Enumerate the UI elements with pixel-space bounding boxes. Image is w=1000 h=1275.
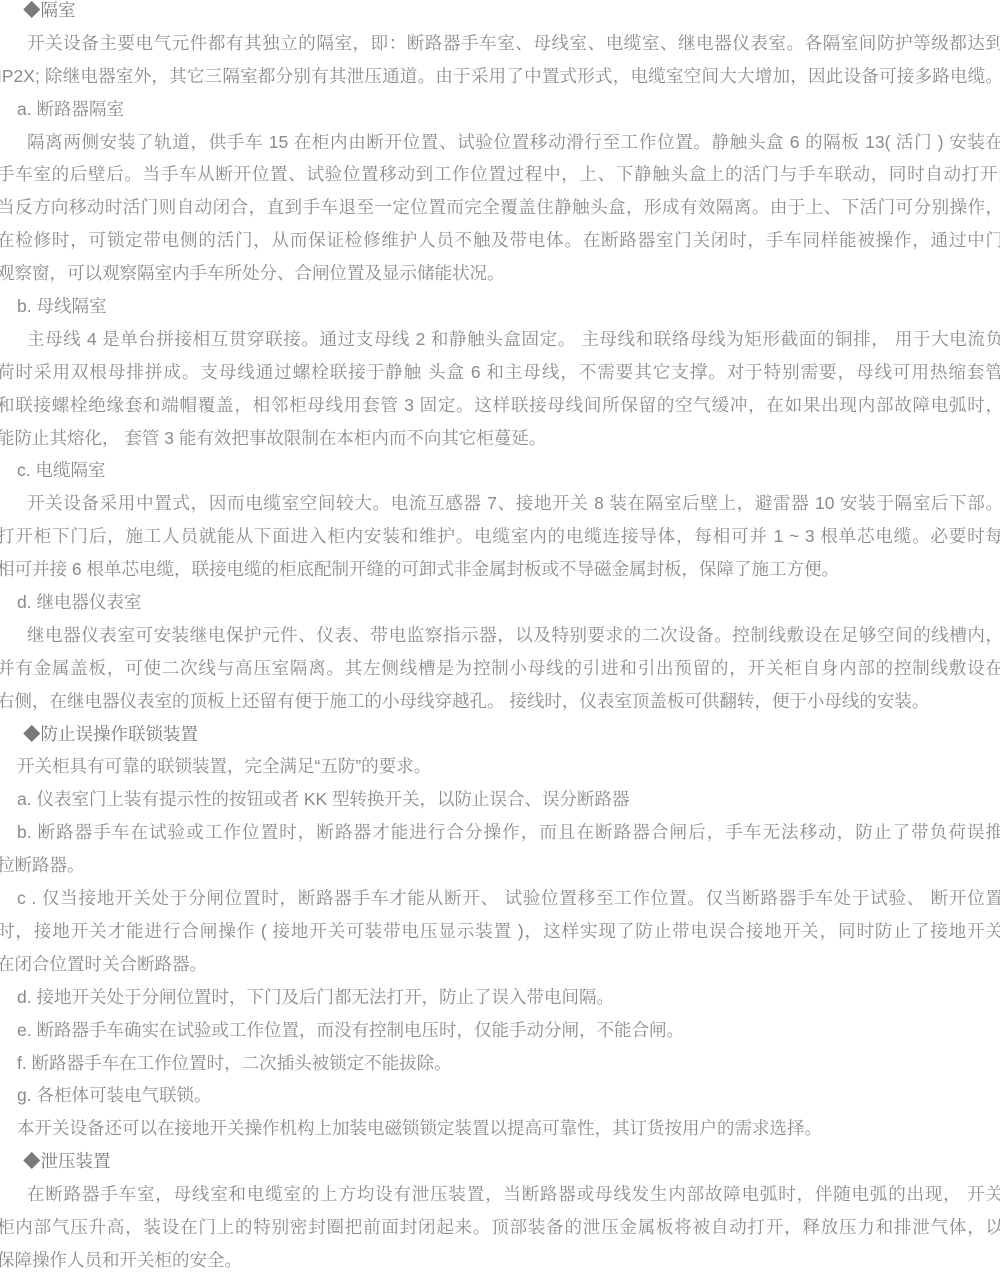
paragraph-line: 荷时采用双根母排拼成。支母线通过螺栓联接于静触 头盒 6 和主母线，不需要其它支… bbox=[0, 356, 1000, 389]
subsection-heading: b. 母线隔室 bbox=[0, 290, 1000, 323]
section-heading: ◆隔室 bbox=[0, 0, 1000, 27]
paragraph-line: 柜内部气压升高，装设在门上的特别密封圈把前面封闭起来。顶部装备的泄压金属板将被自… bbox=[0, 1211, 1000, 1244]
paragraph-line: 打开柜下门后，施工人员就能从下面进入柜内安装和维护。电缆室内的电缆连接导体，每相… bbox=[0, 520, 1000, 553]
paragraph-line: 能防止其熔化， 套管 3 能有效把事故限制在本柜内而不向其它柜蔓延。 bbox=[0, 422, 1000, 455]
paragraph-line: 开关设备采用中置式，因而电缆室空间较大。电流互感器 7、接地开关 8 装在隔室后… bbox=[0, 487, 1000, 520]
paragraph-line: 观察窗，可以观察隔室内手车所处分、合闸位置及显示储能状况。 bbox=[0, 257, 1000, 290]
paragraph-line: 时，接地开关才能进行合闸操作 ( 接地开关可装带电压显示装置 )，这样实现了防止… bbox=[0, 915, 1000, 948]
paragraph-line: 手车室的后壁后。当手车从断开位置、试验位置移动到工作位置过程中，上、下静触头盒上… bbox=[0, 158, 1000, 191]
paragraph-line: 右侧，在继电器仪表室的顶板上还留有便于施工的小母线穿越孔。 接线时，仪表室顶盖板… bbox=[0, 685, 1000, 718]
list-item: e. 断路器手车确实在试验或工作位置，而没有控制电压时，仅能手动分闸，不能合闸。 bbox=[0, 1014, 1000, 1047]
document-body: ◆隔室开关设备主要电气元件都有其独立的隔室，即：断路器手车室、母线室、电缆室、继… bbox=[0, 0, 1000, 1275]
paragraph-line: 并有金属盖板，可使二次线与高压室隔离。其左侧线槽是为控制小母线的引进和引出预留的… bbox=[0, 652, 1000, 685]
paragraph-line: 继电器仪表室可安装继电保护元件、仪表、带电监察指示器，以及特别要求的二次设备。控… bbox=[0, 619, 1000, 652]
section-heading: ◆泄压装置 bbox=[0, 1145, 1000, 1178]
paragraph-line: 相可并接 6 根单芯电缆，联接电缆的柜底配制开缝的可卸式非金属封板或不导磁金属封… bbox=[0, 553, 1000, 586]
section-heading: ◆防止误操作联锁装置 bbox=[0, 718, 1000, 751]
list-item: f. 断路器手车在工作位置时，二次插头被锁定不能拔除。 bbox=[0, 1047, 1000, 1080]
subsection-heading: a. 断路器隔室 bbox=[0, 93, 1000, 126]
subsection-heading: d. 继电器仪表室 bbox=[0, 586, 1000, 619]
list-item: c . 仅当接地开关处于分闸位置时，断路器手车才能从断开、 试验位置移至工作位置… bbox=[0, 882, 1000, 915]
paragraph-line: 在断路器手车室，母线室和电缆室的上方均设有泄压装置，当断路器或母线发生内部故障电… bbox=[0, 1178, 1000, 1211]
list-item: b. 断路器手车在试验或工作位置时，断路器才能进行合分操作，而且在断路器合闸后，… bbox=[0, 816, 1000, 849]
paragraph-line: 主母线 4 是单台拼接相互贯穿联接。通过支母线 2 和静触头盒固定。 主母线和联… bbox=[0, 323, 1000, 356]
paragraph-line: 隔离两侧安装了轨道，供手车 15 在柜内由断开位置、试验位置移动滑行至工作位置。… bbox=[0, 126, 1000, 159]
paragraph-line: 和联接螺栓绝缘套和端帽覆盖，相邻柜母线用套管 3 固定。这样联接母线间所保留的空… bbox=[0, 389, 1000, 422]
paragraph-line: 拉断路器。 bbox=[0, 849, 1000, 882]
paragraph-line: 开关设备主要电气元件都有其独立的隔室，即：断路器手车室、母线室、电缆室、继电器仪… bbox=[0, 27, 1000, 60]
list-item: d. 接地开关处于分闸位置时，下门及后门都无法打开，防止了误入带电间隔。 bbox=[0, 981, 1000, 1014]
paragraph-line: 当反方向移动时活门则自动闭合，直到手车退至一定位置而完全覆盖住静触头盒，形成有效… bbox=[0, 191, 1000, 224]
paragraph-line: IP2X; 除继电器室外，其它三隔室都分别有其泄压通道。由于采用了中置式形式，电… bbox=[0, 60, 1000, 93]
list-item: 本开关设备还可以在接地开关操作机构上加装电磁锁锁定装置以提高可靠性，其订货按用户… bbox=[0, 1112, 1000, 1145]
paragraph-line: 在闭合位置时关合断路器。 bbox=[0, 948, 1000, 981]
list-item: a. 仪表室门上装有提示性的按钮或者 KK 型转换开关，以防止误合、误分断路器 bbox=[0, 783, 1000, 816]
list-item: g. 各柜体可装电气联锁。 bbox=[0, 1079, 1000, 1112]
list-item: 开关柜具有可靠的联锁装置，完全满足“五防”的要求。 bbox=[0, 750, 1000, 783]
paragraph-line: 在检修时，可锁定带电侧的活门，从而保证检修维护人员不触及带电体。在断路器室门关闭… bbox=[0, 224, 1000, 257]
paragraph-line: 保障操作人员和开关柜的安全。 bbox=[0, 1244, 1000, 1275]
subsection-heading: c. 电缆隔室 bbox=[0, 454, 1000, 487]
